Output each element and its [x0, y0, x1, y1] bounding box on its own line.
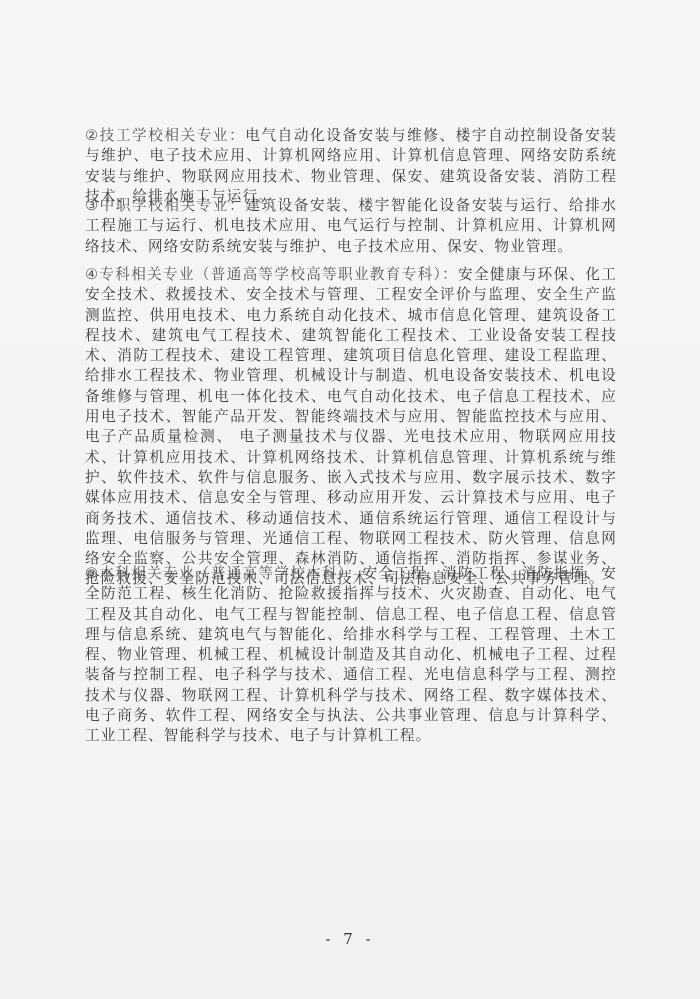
paragraph-vocational-school-majors: ③中职学校相关专业：建筑设备安装、楼宇智能化设备安装与运行、给排水工程施工与运行… [85, 196, 617, 257]
paragraph-lead: ④专科相关专业（普通高等学校高等职业教育专科）： [85, 266, 458, 283]
document-page: ②技工学校相关专业：电气自动化设备安装与维修、楼宇自动控制设备安装与维护、电子技… [0, 0, 700, 999]
paragraph-undergraduate-majors: ⑤本科相关专业（普通高等学校本科）：安全工程、消防工程、消防指挥、安全防范工程、… [85, 564, 617, 747]
paragraph-technical-school-majors: ②技工学校相关专业：电气自动化设备安装与维修、楼宇自动控制设备安装与维护、电子技… [85, 126, 617, 207]
page-number: - 7 - [0, 930, 700, 948]
paragraph-lead: ②技工学校相关专业： [85, 127, 245, 144]
paragraph-lead: ⑤本科相关专业（普通高等学校本科）： [85, 565, 363, 582]
paragraph-body: 安全健康与环保、化工安全技术、救援技术、安全技术与管理、工程安全评价与监理、安全… [85, 266, 617, 587]
paragraph-body: 安全工程、消防工程、消防指挥、安全防范工程、核生化消防、抢险救援指挥与技术、火灾… [85, 565, 617, 744]
paragraph-junior-college-majors: ④专科相关专业（普通高等学校高等职业教育专科）：安全健康与环保、化工安全技术、救… [85, 265, 617, 590]
paragraph-lead: ③中职学校相关专业： [85, 197, 245, 214]
